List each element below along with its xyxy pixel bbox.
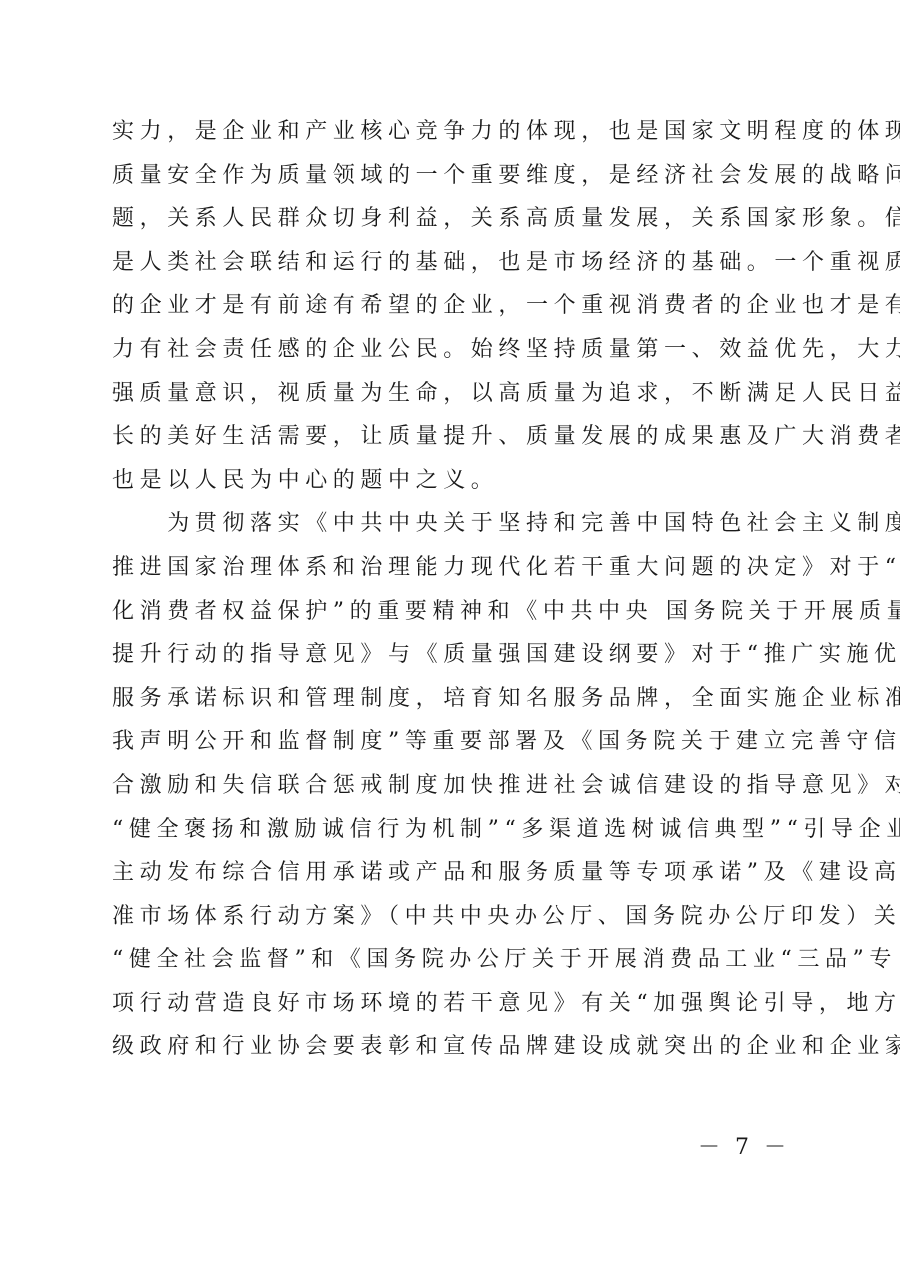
text-line: 也是以人民为中心的题中之义。: [112, 459, 792, 503]
document-page: 实力，是企业和产业核心竞争力的体现，也是国家文明程度的体现。 质量安全作为质量领…: [0, 0, 900, 1273]
text-line: 题，关系人民群众切身利益，关系高质量发展，关系国家形象。信用: [112, 197, 792, 241]
text-line: 的企业才是有前途有希望的企业，一个重视消费者的企业也才是有魅: [112, 284, 792, 328]
text-line: “健全褒扬和激励诚信行为机制”“多渠道选树诚信典型”“引导企业: [112, 808, 792, 852]
text-line: 服务承诺标识和管理制度，培育知名服务品牌，全面实施企业标准自: [112, 677, 792, 721]
text-line: 主动发布综合信用承诺或产品和服务质量等专项承诺”及《建设高标: [112, 851, 792, 895]
text-line: 实力，是企业和产业核心竞争力的体现，也是国家文明程度的体现。: [112, 110, 792, 154]
text-line: 推进国家治理体系和治理能力现代化若干重大问题的决定》对于“强: [112, 546, 792, 590]
text-line: 合激励和失信联合惩戒制度加快推进社会诚信建设的指导意见》对于: [112, 764, 792, 808]
body-text: 实力，是企业和产业核心竞争力的体现，也是国家文明程度的体现。 质量安全作为质量领…: [112, 110, 792, 1069]
text-line: 质量安全作为质量领域的一个重要维度，是经济社会发展的战略问: [112, 154, 792, 198]
text-line: 是人类社会联结和运行的基础，也是市场经济的基础。一个重视质量: [112, 241, 792, 285]
text-line: 强质量意识，视质量为生命，以高质量为追求，不断满足人民日益增: [112, 372, 792, 416]
text-line: “健全社会监督”和《国务院办公厅关于开展消费品工业“三品”专: [112, 938, 792, 982]
text-line: 项行动营造良好市场环境的若干意见》有关“加强舆论引导，地方各: [112, 982, 792, 1026]
text-line: 提升行动的指导意见》与《质量强国建设纲要》对于“推广实施优质: [112, 633, 792, 677]
text-line: 长的美好生活需要，让质量提升、质量发展的成果惠及广大消费者，: [112, 415, 792, 459]
text-line: 级政府和行业协会要表彰和宣传品牌建设成就突出的企业和企业家，: [112, 1025, 792, 1069]
text-line: 准市场体系行动方案》（中共中央办公厅、国务院办公厅印发）关于: [112, 895, 792, 939]
text-line: 我声明公开和监督制度”等重要部署及《国务院关于建立完善守信联: [112, 720, 792, 764]
page-number: － 7 －: [698, 1130, 790, 1161]
text-line: 力有社会责任感的企业公民。始终坚持质量第一、效益优先，大力增: [112, 328, 792, 372]
text-line: 化消费者权益保护”的重要精神和《中共中央 国务院关于开展质量: [112, 590, 792, 634]
text-line: 为贯彻落实《中共中央关于坚持和完善中国特色社会主义制度: [112, 502, 792, 546]
